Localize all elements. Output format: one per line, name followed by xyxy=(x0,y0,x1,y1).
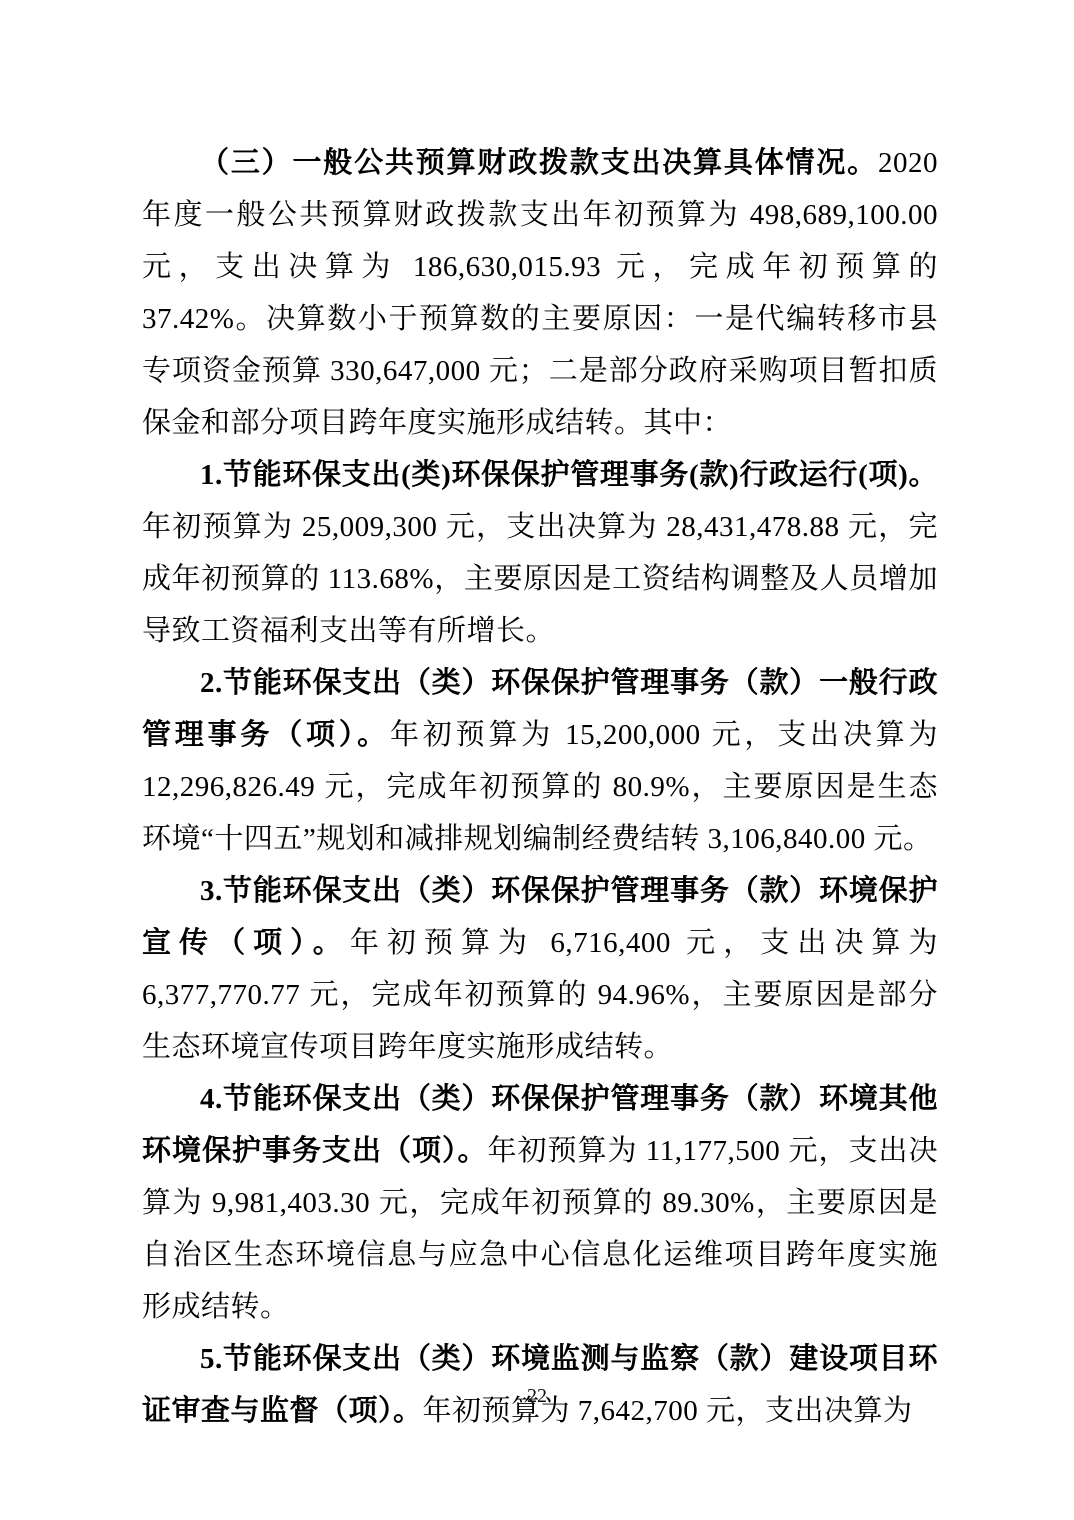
paragraph-overview: （三）一般公共预算财政拨款支出决算具体情况。2020 年度一般公共预算财政拨款支… xyxy=(142,137,938,449)
paragraph-overview-text: 2020 年度一般公共预算财政拨款支出年初预算为 498,689,100.00 … xyxy=(142,147,938,439)
paragraph-overview-heading: （三）一般公共预算财政拨款支出决算具体情况。 xyxy=(200,147,878,179)
paragraph-item-2: 2.节能环保支出（类）环保保护管理事务（款）一般行政管理事务（项）。年初预算为 … xyxy=(142,657,938,865)
paragraph-item-1-heading: 1.节能环保支出(类)环保保护管理事务(款)行政运行(项)。 xyxy=(200,459,938,491)
paragraph-item-4: 4.节能环保支出（类）环保保护管理事务（款）环境其他环境保护事务支出（项）。年初… xyxy=(142,1073,938,1333)
page-number: 22 xyxy=(0,1384,1074,1408)
document-page: （三）一般公共预算财政拨款支出决算具体情况。2020 年度一般公共预算财政拨款支… xyxy=(0,0,1074,1520)
document-body: （三）一般公共预算财政拨款支出决算具体情况。2020 年度一般公共预算财政拨款支… xyxy=(142,137,938,1437)
paragraph-item-1: 1.节能环保支出(类)环保保护管理事务(款)行政运行(项)。年初预算为 25,0… xyxy=(142,449,938,657)
paragraph-item-3: 3.节能环保支出（类）环保保护管理事务（款）环境保护宣传（项）。年初预算为 6,… xyxy=(142,865,938,1073)
paragraph-item-1-text: 年初预算为 25,009,300 元，支出决算为 28,431,478.88 元… xyxy=(142,511,938,647)
